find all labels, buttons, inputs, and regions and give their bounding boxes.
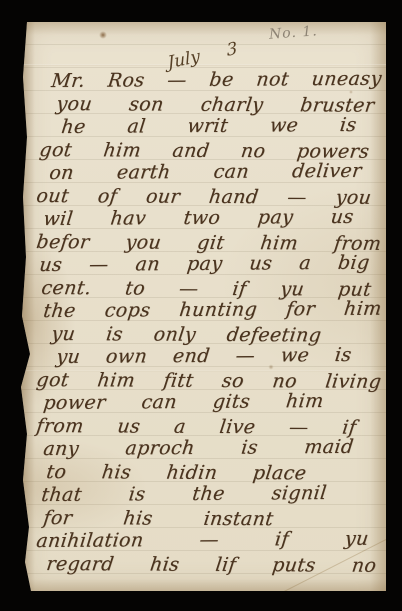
letter-line: yu own end — we is <box>55 344 353 369</box>
letter-line: any aproch is maid <box>42 436 355 461</box>
letter-line: anihilation — if yu <box>35 528 370 553</box>
letter-line: for his instant <box>42 507 275 531</box>
letter-body: Mr. Ros — be not uneasy you son charly b… <box>35 70 383 576</box>
letter-line: power can gits him <box>42 390 325 415</box>
photo-background: No. 1. July 3 Mr. Ros — be not uneasy yo… <box>0 0 402 611</box>
letter-line: regard his lif puts no <box>45 553 378 578</box>
letter-line: that is the signil <box>40 482 328 507</box>
letter-line: on earth can deliver <box>48 160 363 185</box>
ransom-letter-page: No. 1. July 3 Mr. Ros — be not uneasy yo… <box>21 22 386 591</box>
page-number-annotation: No. 1. <box>269 23 319 42</box>
letter-line: Mr. Ros — be not uneasy <box>50 68 383 93</box>
letter-line: wil hav two pay us <box>42 206 355 231</box>
letter-line: he al writ we is <box>60 114 358 139</box>
letter-line: the cops hunting for him <box>42 298 383 323</box>
letter-line: us — an pay us a big <box>38 252 371 277</box>
